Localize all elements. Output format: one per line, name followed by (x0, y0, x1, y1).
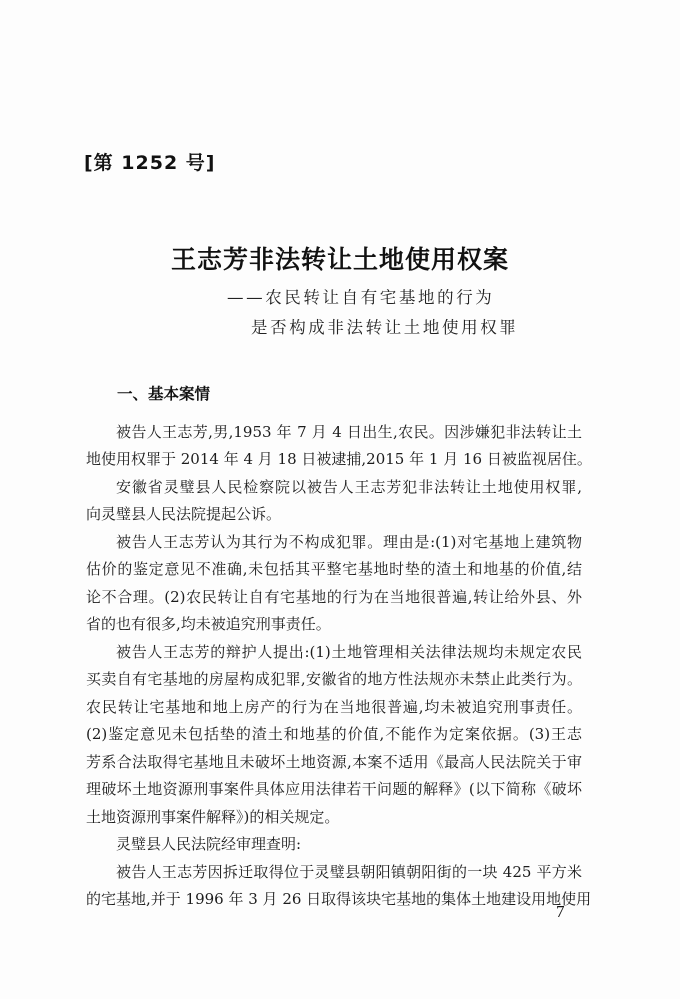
case-number: [第 1252 号] (84, 148, 215, 175)
document-page: [第 1252 号] 王志芳非法转让土地使用权案 ——农民转让自有宅基地的行为 … (0, 0, 680, 999)
page-number: 7 (556, 902, 565, 922)
body-line: 被告人王志芳的辩护人提出:(1)土地管理相关法律法规均未规定农民 (116, 642, 582, 662)
body-line: 地使用权罪于 2014 年 4 月 18 日被逮捕,2015 年 1 月 16 … (86, 449, 582, 469)
body-line: 被告人王志芳,男,1953 年 7 月 4 日出生,农民。因涉嫌犯非法转让土 (116, 422, 582, 442)
body-line: 买卖自有宅基地的房屋构成犯罪,安徽省的地方性法规亦未禁止此类行为。 (86, 669, 582, 689)
body-line: 的宅基地,并于 1996 年 3 月 26 日取得该块宅基地的集体土地建设用地使… (86, 889, 582, 909)
case-title: 王志芳非法转让土地使用权案 (0, 240, 680, 276)
body-line: 被告人王志芳认为其行为不构成犯罪。理由是:(1)对宅基地上建筑物 (116, 532, 582, 552)
body-line: (2)鉴定意见未包括垫的渣土和地基的价值,不能作为定案依据。(3)王志 (86, 724, 582, 744)
body-line: 被告人王志芳因拆迁取得位于灵璧县朝阳镇朝阳街的一块 425 平方米 (116, 862, 582, 882)
body-line: 理破坏土地资源刑事案件具体应用法律若干问题的解释》(以下简称《破坏 (86, 779, 582, 799)
body-line: 农民转让宅基地和地上房产的行为在当地很普遍,均未被追究刑事责任。 (86, 697, 582, 717)
body-line: 芳系合法取得宅基地且未破坏土地资源,本案不适用《最高人民法院关于审 (86, 752, 582, 772)
subtitle-line-1: ——农民转让自有宅基地的行为 (227, 284, 494, 308)
body-line: 论不合理。(2)农民转让自有宅基地的行为在当地很普遍,转让给外县、外 (86, 587, 582, 607)
body-line: 土地资源刑事案件解释》)的相关规定。 (86, 807, 582, 827)
body-line: 省的也有很多,均未被追究刑事责任。 (86, 614, 582, 634)
body-line: 安徽省灵璧县人民检察院以被告人王志芳犯非法转让土地使用权罪, (116, 477, 582, 497)
body-line: 向灵璧县人民法院提起公诉。 (86, 504, 582, 524)
subtitle-line-2: 是否构成非法转让土地使用权罪 (251, 314, 518, 338)
body-line: 估价的鉴定意见不准确,未包括其平整宅基地时垫的渣土和地基的价值,结 (86, 559, 582, 579)
body-line: 灵璧县人民法院经审理查明: (116, 834, 582, 854)
section-heading-basic-facts: 一、基本案情 (117, 382, 210, 404)
